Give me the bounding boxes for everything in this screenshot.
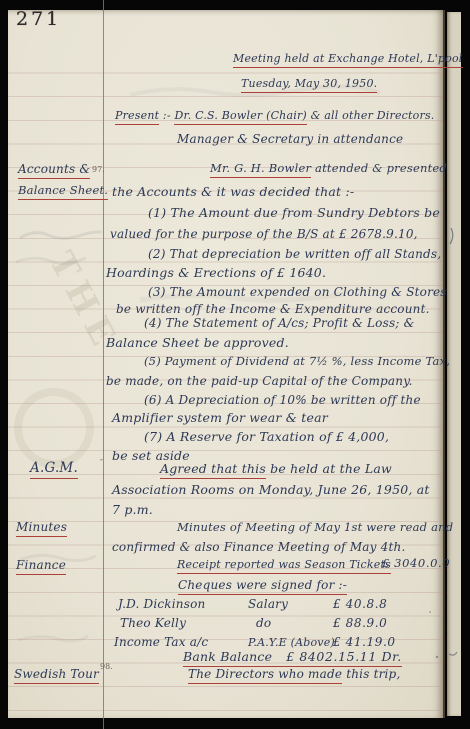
margin-label-balance-sheet: Balance Sheet. bbox=[18, 185, 108, 197]
resolution-1-line-1: (1) The Amount due from Sundry Debtors b… bbox=[148, 207, 440, 220]
accounts-intro-line: the Accounts & it was decided that :- bbox=[112, 186, 354, 199]
attendance-line: Manager & Secretary in attendance bbox=[177, 133, 403, 145]
resolution-3-line-1: (3) The Amount expended on Clothing & St… bbox=[148, 286, 447, 298]
receipts-line: Receipt reported was Season Tickets bbox=[177, 559, 391, 570]
page-number-stamp: 271 bbox=[16, 8, 61, 30]
cheque-row-amount: £ 41.19.0 bbox=[333, 636, 396, 648]
meeting-heading-date: Tuesday, May 30, 1950. bbox=[241, 78, 377, 89]
minutes-line-2: confirmed & also Finance Meeting of May … bbox=[112, 541, 405, 553]
accounts-presenter-line: Mr. G. H. Bowler attended & presented bbox=[210, 163, 447, 175]
cheque-row-amount: £ 40.8.8 bbox=[333, 598, 387, 610]
margin-label-accounts: Accounts & bbox=[18, 163, 90, 175]
scanned-minute-book-page: { "colors": {"ink": "#2c3855", "red": "#… bbox=[0, 0, 470, 729]
agm-line-2: Association Rooms on Monday, June 26, 19… bbox=[112, 484, 430, 497]
meeting-heading-place: Meeting held at Exchange Hotel, L'pool bbox=[233, 53, 463, 64]
red-margin-rule bbox=[103, 0, 104, 729]
margin-label-minutes: Minutes bbox=[16, 521, 67, 533]
cheque-row-amount: £ 88.9.0 bbox=[333, 617, 387, 629]
cheque-row-purpose: do bbox=[256, 617, 271, 629]
margin-ref-agm: ″ bbox=[100, 458, 103, 467]
cheque-row-purpose: P.A.Y.E (Above) bbox=[248, 637, 335, 648]
cheque-row-payee: Income Tax a/c bbox=[114, 636, 208, 648]
resolution-4-line-2: Balance Sheet be approved. bbox=[106, 337, 289, 350]
cheque-row-purpose: Salary bbox=[248, 598, 288, 610]
margin-label-agm: A.G.M. bbox=[30, 462, 78, 476]
resolution-5-line-2: be made, on the paid-up Capital of the C… bbox=[106, 375, 413, 387]
minutes-line-1: Minutes of Meeting of May 1st were read … bbox=[177, 522, 453, 534]
agm-line-3: 7 p.m. bbox=[112, 504, 153, 517]
resolution-1-line-2: valued for the purpose of the B/S at £ 2… bbox=[110, 228, 418, 240]
swedish-tour-line-1: The Directors who made this trip, bbox=[188, 668, 400, 680]
resolution-6-line-1: (6) A Depreciation of 10% be written off… bbox=[144, 394, 421, 406]
resolution-2-line-2: Hoardings & Erections of £ 1640. bbox=[106, 267, 326, 280]
resolution-6-line-2: Amplifier system for wear & tear bbox=[112, 412, 328, 425]
cheques-heading: Cheques were signed for :- bbox=[178, 579, 347, 591]
cheque-row-payee: J.D. Dickinson bbox=[118, 598, 205, 610]
cheque-row-payee: Theo Kelly bbox=[120, 617, 186, 629]
margin-ref-97: 97. bbox=[92, 165, 105, 174]
margin-label-finance: Finance bbox=[16, 559, 66, 571]
resolution-4-line-1: (4) The Statement of A/cs; Profit & Loss… bbox=[144, 317, 414, 329]
bank-balance-line: Bank Balance£ 8402.15.11 Dr. bbox=[183, 651, 402, 664]
resolution-5-line-1: (5) Payment of Dividend at 7½ %, less In… bbox=[144, 356, 450, 368]
margin-label-swedish-tour: Swedish Tour bbox=[14, 668, 99, 680]
resolution-2-line-1: (2) That depreciation be written off all… bbox=[148, 248, 441, 260]
present-line: Present :- Dr. C.S. Bowler (Chair) & all… bbox=[115, 110, 434, 121]
resolution-3-line-2: be written off the Income & Expenditure … bbox=[116, 303, 430, 315]
agm-line-1: Agreed that this be held at the Law bbox=[160, 463, 392, 476]
receipts-amount: £ 3040.0.0 bbox=[382, 558, 450, 570]
resolution-7-line-1: (7) A Reserve for Taxation of £ 4,000, bbox=[144, 431, 389, 444]
margin-ref-98: 98. bbox=[100, 662, 113, 671]
